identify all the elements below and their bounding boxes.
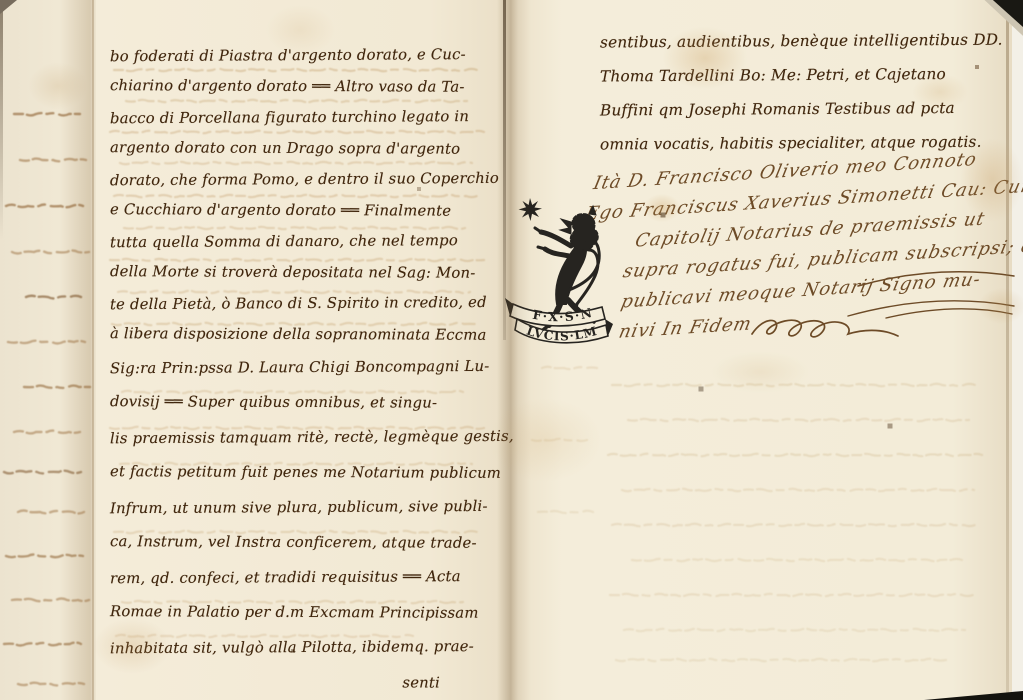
gutter-fold-line (503, 0, 506, 340)
page-right-edge (1006, 0, 1009, 700)
handwritten-line: della Morte si troverà depositata nel Sa… (110, 256, 510, 289)
scan-background-right (1012, 0, 1023, 700)
handwritten-line: Thoma Tardellini Bo: Me: Petri, et Cajet… (600, 57, 1012, 94)
manuscript-scan: bo foderati di Piastra d'argento dorato,… (0, 0, 1023, 700)
handwritten-line: Buffini qm Josephi Romanis Testibus ad p… (600, 91, 1012, 128)
handwritten-line: Infrum, ut unum sive plura, publicum, si… (110, 489, 510, 526)
handwritten-line: rem, qd. confeci, et tradidi requisitus … (110, 559, 510, 596)
handwritten-line: e Cucchiaro d'argento dorato ══ Finalmen… (110, 194, 510, 227)
handwritten-line: argento dorato con un Drago sopra d'arge… (110, 132, 510, 165)
handwritten-line: à libera disposizione della sopranominat… (110, 318, 510, 351)
handwritten-line: et factis petitum fuit penes me Notarium… (110, 454, 510, 491)
notary-signature-block: Ità D. Francisco Oliverio meo ConnotoEgo… (583, 143, 1023, 350)
previous-folio-edge (0, 0, 96, 700)
handwritten-line: ca, Instrum, vel Instra conficerem, atqu… (110, 524, 510, 561)
handwritten-line: sentibus, audientibus, benèque intellige… (600, 23, 1012, 60)
right-page-text: sentibus, audientibus, benèque intellige… (600, 24, 1012, 160)
handwritten-line: bo foderati di Piastra d'argento dorato,… (110, 39, 510, 72)
handwritten-line: tutta quella Somma di danaro, che nel te… (110, 225, 510, 258)
handwritten-line: inhabitata sit, vulgò alla Pilotta, ibid… (110, 629, 510, 666)
handwritten-line: te della Pietà, ò Banco di S. Spirito in… (110, 287, 510, 320)
handwritten-line: dorato, che forma Pomo, e dentro il suo … (110, 163, 510, 196)
handwritten-line: Romae in Palatio per d.m Excmam Principi… (110, 594, 510, 631)
handwritten-line: Sig:ra Prin:pssa D. Laura Chigi Boncompa… (110, 349, 510, 386)
left-scan-edge (0, 0, 3, 240)
handwritten-line: senti (110, 664, 510, 700)
handwritten-line: bacco di Porcellana figurato turchino le… (110, 101, 510, 134)
handwritten-line: chiarino d'argento dorato ══ Altro vaso … (110, 70, 510, 103)
left-page-text: bo foderati di Piastra d'argento dorato,… (110, 40, 510, 700)
handwritten-line: lis praemissis tamquam ritè, rectè, legm… (110, 419, 510, 456)
left-fold-line (92, 0, 94, 700)
handwritten-line: dovisij ══ Super quibus omnibus, et sing… (110, 384, 510, 421)
